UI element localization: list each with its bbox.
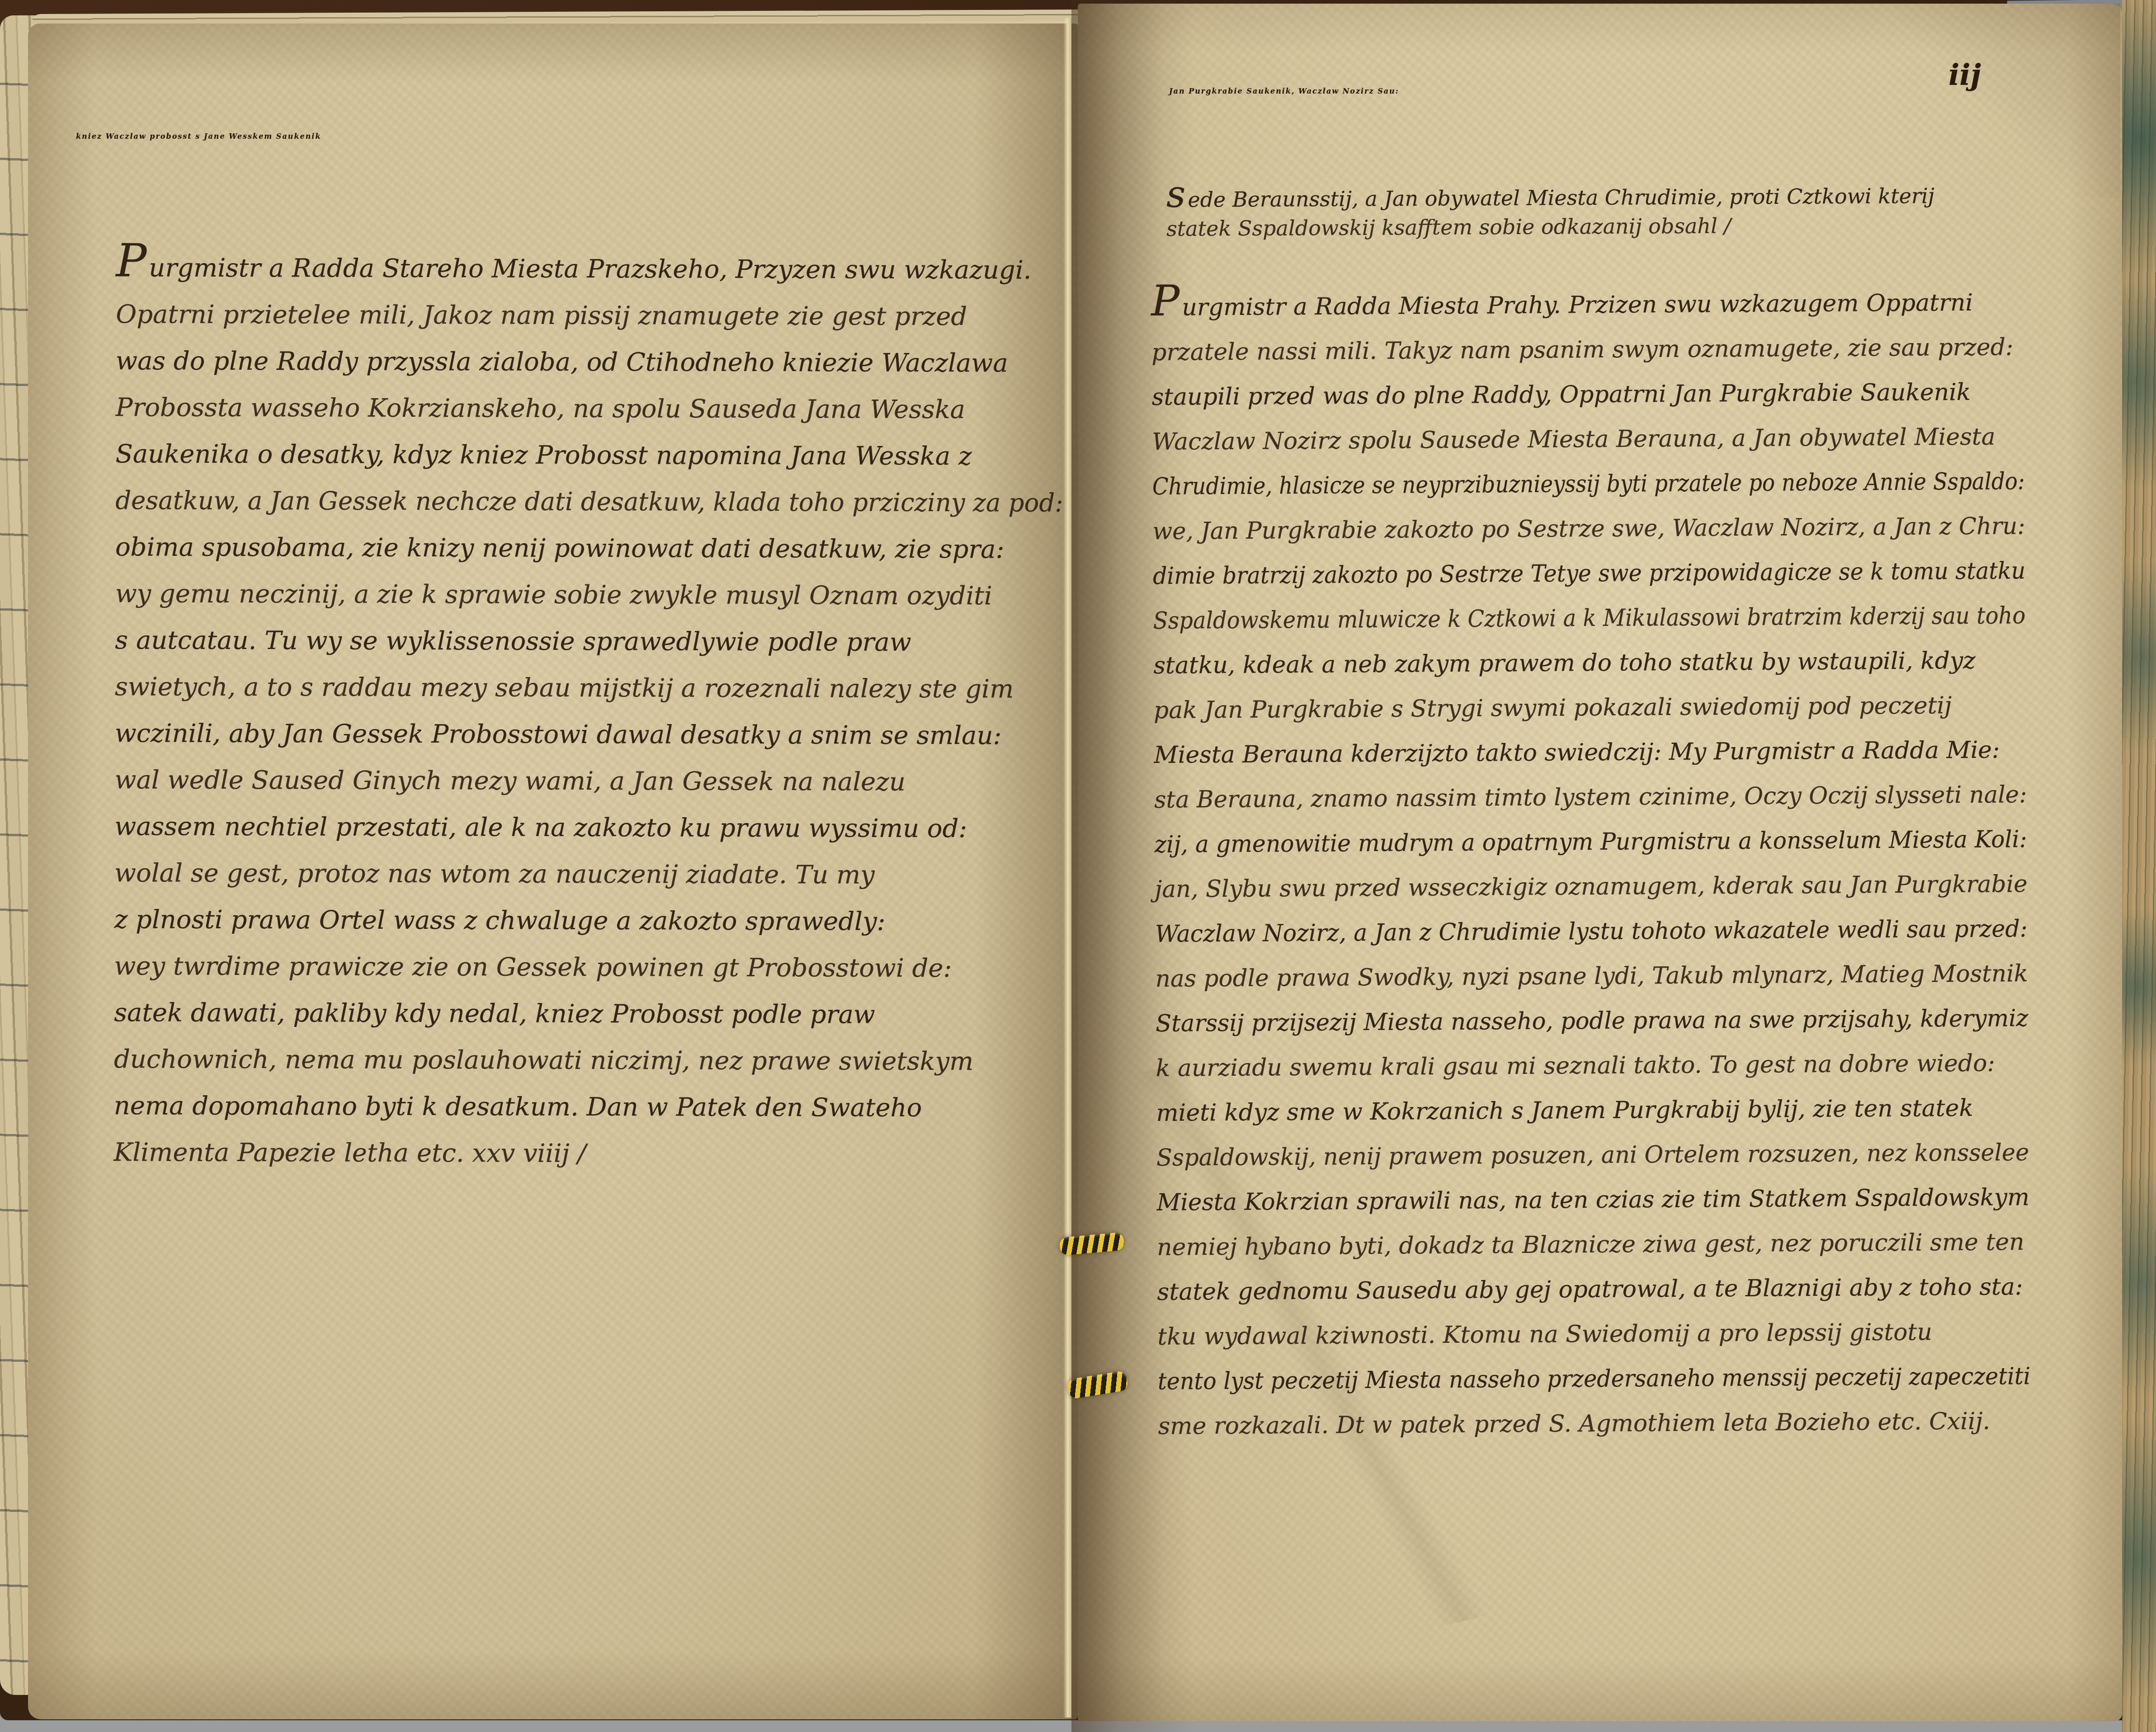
manuscript-line: Waczlaw Nozirz spolu Sausede Miesta Bera… xyxy=(1152,414,2025,465)
manuscript-line: was do plne Raddy przyssla zialoba, od C… xyxy=(116,338,1063,386)
manuscript-line: desatkuw, a Jan Gessek nechcze dati desa… xyxy=(115,477,1038,526)
manuscript-line: wy gemu neczinij, a zie k sprawie sobie … xyxy=(115,570,1063,619)
manuscript-line: duchownich, nema mu poslauhowati niczimj… xyxy=(114,1036,1061,1085)
right-page-body: Purgmistr a Radda Miesta Prahy. Przizen … xyxy=(1151,280,2031,1449)
page-crease-top-right xyxy=(1872,4,2120,198)
manuscript-line: wassem nechtiel przestati, ale k na zako… xyxy=(114,803,1062,852)
left-page-body: Purgmistr a Radda Stareho Miesta Prazske… xyxy=(113,245,1063,1178)
manuscript-line: we, Jan Purgkrabie zakozto po Sestrze sw… xyxy=(1152,504,2011,554)
manuscript-line: dimie bratrzij zakozto po Sestrze Tetye … xyxy=(1153,549,1975,599)
manuscript-line: sta Berauna, znamo nassim timto lystem c… xyxy=(1154,772,2015,823)
manuscript-line: s autcatau. Tu wy se wyklissenossie spra… xyxy=(115,617,1062,666)
manuscript-line: statku, kdeak a neb zakym prawem do toho… xyxy=(1153,638,2026,688)
manuscript-line: Opatrni przietelee mili, Jakoz nam pissi… xyxy=(116,291,1063,340)
manuscript-line: statek Sspaldowskij ksafftem sobie odkaz… xyxy=(1166,210,2016,243)
manuscript-line: Sspaldowskemu mluwicze k Cztkowi a k Mik… xyxy=(1153,594,1959,644)
manuscript-line: wolal se gest, protoz nas wtom za naucze… xyxy=(114,850,1062,899)
manuscript-line: k aurziadu swemu krali gsau mi seznali t… xyxy=(1156,1041,2029,1091)
manuscript-line: wal wedle Saused Ginych mezy wami, a Jan… xyxy=(114,757,1062,805)
manuscript-line: swietych, a to s raddau mezy sebau mijst… xyxy=(115,664,1062,712)
manuscript-line: z plnosti prawa Ortel wass z chwaluge a … xyxy=(114,896,1062,945)
left-page-heading: kniez Waczlaw probosst s Jane Wesskem Sa… xyxy=(76,132,321,141)
manuscript-line: Purgmistr a Radda Miesta Prahy. Przizen … xyxy=(1151,280,2024,330)
manuscript-line: tento lyst peczetij Miesta nasseho przed… xyxy=(1158,1355,1983,1404)
manuscript-line: sede Beraunsstij, a Jan obywatel Miesta … xyxy=(1166,180,2016,214)
manuscript-line: nema dopomahano byti k desatkum. Dan w P… xyxy=(114,1082,1061,1131)
right-page-heading: Jan Purgkrabie Saukenik, Waczlaw Nozirz … xyxy=(1169,87,1399,95)
manuscript-line: obima spusobama, zie knizy nenij powinow… xyxy=(115,524,1063,573)
right-page-subheading: sede Beraunsstij, a Jan obywatel Miesta … xyxy=(1166,180,2017,243)
manuscript-line: wey twrdime prawicze zie on Gessek powin… xyxy=(114,943,1061,992)
manuscript-line: jan, Slybu swu przed wsseczkigiz oznamug… xyxy=(1155,862,2019,912)
manuscript-line: wczinili, aby Jan Gessek Probosstowi daw… xyxy=(115,710,1062,759)
manuscript-line: pak Jan Purgkrabie s Strygi swymi pokaza… xyxy=(1154,683,2027,733)
manuscript-line: Miesta Kokrzian sprawili nas, na ten czi… xyxy=(1156,1175,2022,1225)
manuscript-line: Miesta Berauna kderzijzto takto swiedczi… xyxy=(1154,728,2027,778)
manuscript-line: Chrudimie, hlasicze se neyprzibuznieyssi… xyxy=(1152,460,1938,509)
manuscript-line: Saukenika o desatky, kdyz kniez Probosst… xyxy=(115,431,1063,480)
manuscript-line: satek dawati, pakliby kdy nedal, kniez P… xyxy=(114,989,1061,1038)
manuscript-line: mieti kdyz sme w Kokrzanich s Janem Purg… xyxy=(1156,1086,2029,1136)
manuscript-line: tku wydawal kziwnosti. Ktomu na Swiedomi… xyxy=(1157,1309,2030,1360)
manuscript-line: przatele nassi mili. Takyz nam psanim sw… xyxy=(1151,325,2024,375)
manuscript-line: nas podle prawa Swodky, nyzi psane lydi,… xyxy=(1155,951,2022,1002)
manuscript-line: Purgmistr a Radda Stareho Miesta Prazske… xyxy=(116,245,1063,293)
manuscript-line: zij, a gmenowitie mudrym a opatrnym Purg… xyxy=(1154,817,2000,867)
manuscript-line: sme rozkazali. Dt w patek przed S. Agmot… xyxy=(1158,1399,2031,1449)
fore-edge xyxy=(2122,0,2156,1732)
manuscript-line: nemiej hybano byti, dokadz ta Blaznicze … xyxy=(1157,1220,2030,1270)
gutter-fold-ridge xyxy=(1063,18,1071,1718)
manuscript-line: statek gednomu Sausedu aby gej opatrowal… xyxy=(1157,1265,2030,1315)
manuscript-line: staupili przed was do plne Raddy, Oppatr… xyxy=(1151,370,2024,420)
book-spread: kniez Waczlaw probosst s Jane Wesskem Sa… xyxy=(0,0,2156,1732)
manuscript-line: Klimenta Papezie letha etc. xxv viiij / xyxy=(113,1129,1061,1178)
manuscript-line: Sspaldowskij, nenij prawem posuzen, ani … xyxy=(1156,1130,2012,1181)
folio-number: iij xyxy=(1948,58,1981,92)
manuscript-line: Probossta wasseho Kokrzianskeho, na spol… xyxy=(116,384,1063,433)
manuscript-line: Starssij przijsezij Miesta nasseho, podl… xyxy=(1156,996,2015,1046)
manuscript-line: Waczlaw Nozirz, a Jan z Chrudimie lystu … xyxy=(1155,907,2005,956)
